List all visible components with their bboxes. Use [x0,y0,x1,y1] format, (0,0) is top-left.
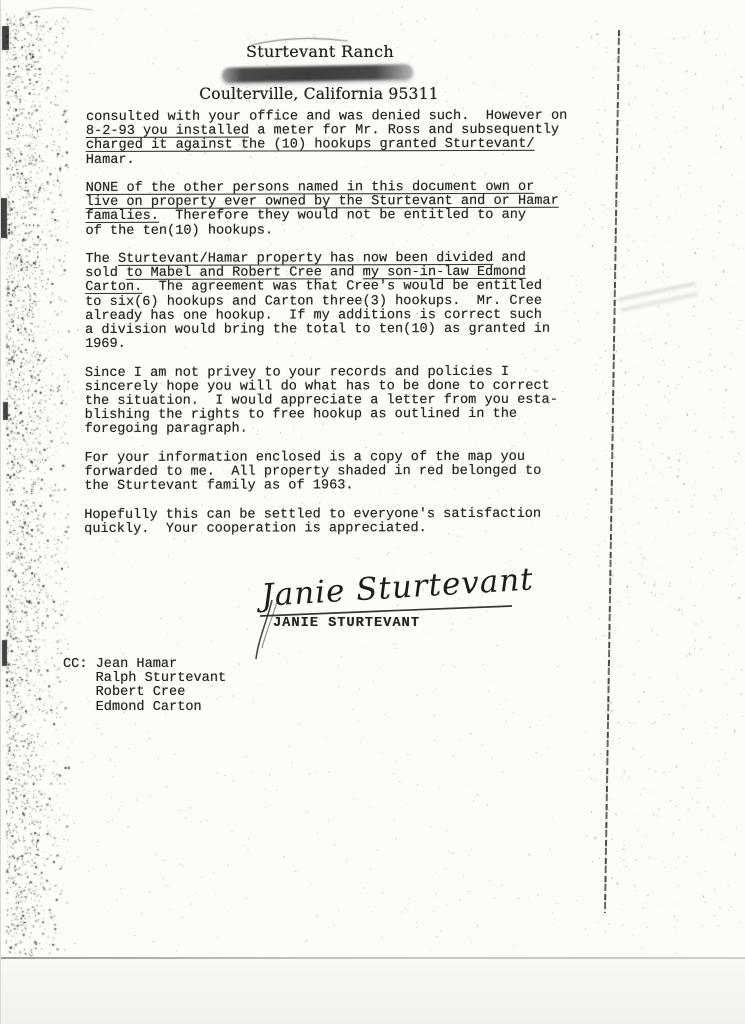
scanned-letter-page: Sturtevant Ranch Coulterville, Californi… [0,0,745,1024]
scanner-background [1,959,745,1024]
cc-line: Robert Cree [63,686,226,700]
cc-block: CC: Jean Hamar Ralph Sturtevant Robert C… [63,658,226,715]
cc-line: Ralph Sturtevant [63,672,226,686]
letterhead-city-line: Coulterville, California 95311 [1,85,637,103]
signature-typed-name: JANIE STURTEVANT [273,616,420,631]
body-paragraph: Hopefully this can be settled to everyon… [84,507,565,537]
vertical-fold-crease [604,30,620,913]
body-paragraph: For your information enclosed is a copy … [84,451,566,495]
letter-body: consulted with your office and was denie… [84,110,567,551]
body-paragraph: consulted with your office and was denie… [86,110,568,168]
signature-area: Janie Sturtevant [244,556,534,668]
body-paragraph: NONE of the other persons named in this … [85,181,567,239]
body-paragraph: Since I am not privey to your records an… [85,365,567,437]
redacted-address-bar [222,64,413,83]
body-paragraph: The Sturtevant/Hamar property has now be… [85,252,567,353]
cc-line: CC: Jean Hamar [63,658,226,672]
faint-pencil-smudge [617,272,700,320]
letterhead-ranch-name: Sturtevant Ranch [1,42,639,61]
cc-line: Edmond Carton [63,701,226,715]
